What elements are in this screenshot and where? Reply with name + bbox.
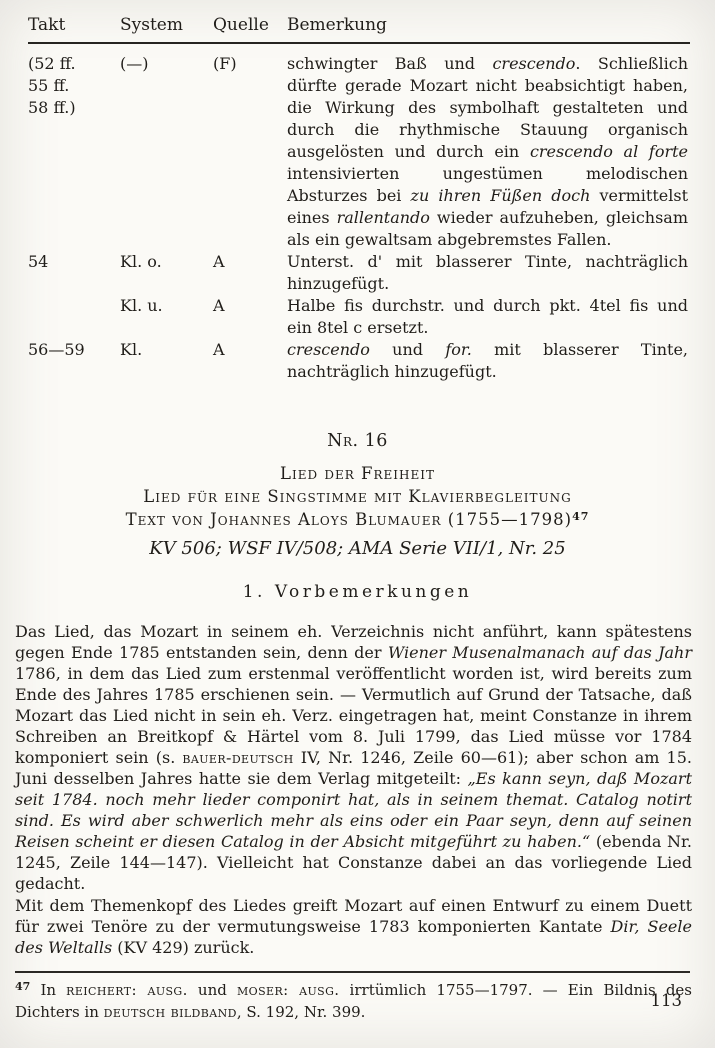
bemerkung-cell: crescendo und for. mit blasserer Tinte, …	[287, 339, 690, 383]
section-heading: 1. Vorbemerkungen	[0, 582, 715, 602]
body-paragraph-2: Mit dem Themenkopf des Liedes greift Moz…	[15, 895, 692, 958]
piece-heading: Nr. 16 Lied der Freiheit Lied für eine S…	[0, 431, 715, 602]
bemerkung-cell: Unterst. d' mit blasserer Tinte, nachträ…	[287, 251, 690, 295]
table-row: (52 ff.55 ff.58 ff.)(—)(F)schwingter Baß…	[28, 53, 690, 251]
author-text: Text von Johannes Aloys Blumauer (1755—1…	[126, 510, 573, 529]
footnote-divider-rule	[15, 971, 690, 973]
takt-cell	[28, 295, 120, 339]
quelle-cell: (F)	[213, 53, 287, 251]
takt-cell: 56—59	[28, 339, 120, 383]
table-body: (52 ff.55 ff.58 ff.)(—)(F)schwingter Baß…	[28, 53, 690, 383]
column-header-takt: Takt	[28, 15, 120, 35]
footnote-reference-mark: 47	[572, 510, 589, 523]
quelle-cell: A	[213, 251, 287, 295]
table-header-row: Takt System Quelle Bemerkung	[28, 15, 690, 44]
body-paragraph-1: Das Lied, das Mozart in seinem eh. Verze…	[15, 621, 692, 894]
takt-cell: 54	[28, 251, 120, 295]
piece-title: Lied der Freiheit	[0, 464, 715, 483]
catalog-references-line: KV 506; WSF IV/508; AMA Serie VII/1, Nr.…	[0, 538, 715, 559]
table-row: 54Kl. o.AUnterst. d' mit blasserer Tinte…	[28, 251, 690, 295]
quelle-cell: A	[213, 339, 287, 383]
quelle-cell: A	[213, 295, 287, 339]
column-header-quelle: Quelle	[213, 15, 287, 35]
critical-notes-table: Takt System Quelle Bemerkung (52 ff.55 f…	[0, 0, 715, 383]
system-cell: (—)	[120, 53, 213, 251]
vorbemerkungen-text: Das Lied, das Mozart in seinem eh. Verze…	[15, 621, 692, 958]
page-number: 113	[651, 991, 683, 1010]
footnote-47: 47 In reichert: ausg. und moser: ausg. i…	[15, 980, 692, 1023]
author-line: Text von Johannes Aloys Blumauer (1755—1…	[0, 510, 715, 529]
piece-subtitle: Lied für eine Singstimme mit Klavierbegl…	[0, 487, 715, 506]
bemerkung-cell: schwingter Baß und crescendo. Schließlic…	[287, 53, 690, 251]
system-cell: Kl. o.	[120, 251, 213, 295]
column-header-bemerkung: Bemerkung	[287, 15, 690, 35]
column-header-system: System	[120, 15, 213, 35]
takt-cell: (52 ff.55 ff.58 ff.)	[28, 53, 120, 251]
scanned-book-page: Takt System Quelle Bemerkung (52 ff.55 f…	[0, 0, 715, 1048]
table-row: 56—59Kl.Acrescendo und for. mit blassere…	[28, 339, 690, 383]
system-cell: Kl.	[120, 339, 213, 383]
piece-number: Nr. 16	[0, 431, 715, 451]
system-cell: Kl. u.	[120, 295, 213, 339]
bemerkung-cell: Halbe fis durchstr. und durch pkt. 4tel …	[287, 295, 690, 339]
table-row: Kl. u.AHalbe fis durchstr. und durch pkt…	[28, 295, 690, 339]
